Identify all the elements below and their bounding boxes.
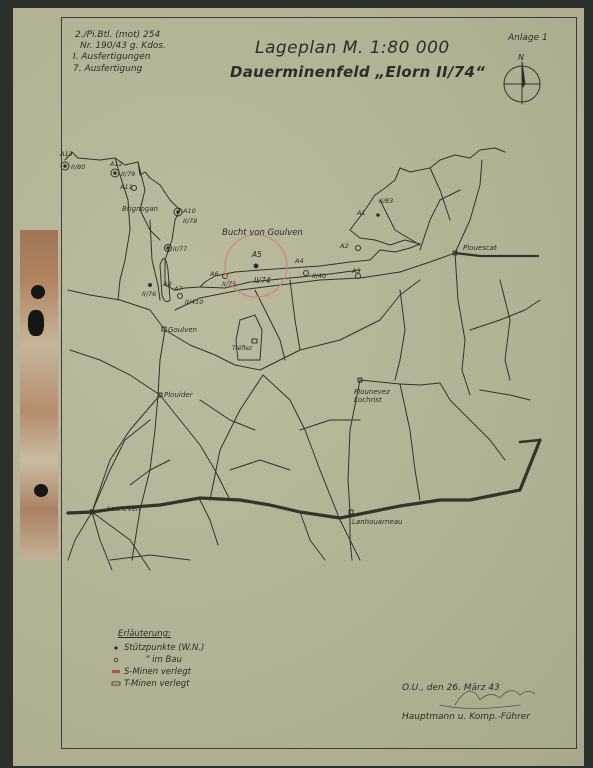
strongpoint-a13-id: A13 bbox=[60, 150, 73, 158]
place-plounevez-lochrist: Plounevez Lochrist bbox=[354, 388, 394, 404]
legend-item-s-mines: S-Minen verlegt bbox=[124, 666, 191, 678]
annex-label: Anlage 1 bbox=[508, 33, 548, 44]
legend-title: Erläuterung: bbox=[118, 628, 171, 640]
strongpoint-a2-id: A2 bbox=[340, 242, 349, 250]
header-unit: 2./Pi.Btl. (mot) 254 bbox=[75, 30, 160, 41]
map-title: Lageplan M. 1:80 000 bbox=[255, 38, 450, 58]
place-treflez: Tréflez bbox=[232, 345, 252, 352]
strongpoint-a11-id: A11 bbox=[120, 183, 133, 191]
place-brignogan: Brignogan bbox=[122, 205, 158, 213]
place-goulven: Goulven bbox=[168, 326, 197, 334]
place-plouescat: Plouescat bbox=[463, 244, 497, 252]
strongpoint-a10-label: II/78 bbox=[183, 217, 197, 225]
strongpoint-a8-label: II/76 bbox=[142, 290, 156, 298]
strongpoint-a10-id: A10 bbox=[183, 207, 196, 215]
strongpoint-a6-id: A6 bbox=[210, 270, 219, 278]
signature-role: Hauptmann u. Komp.-Führer bbox=[402, 712, 530, 722]
strongpoint-a12-id: A12 bbox=[110, 160, 123, 168]
strongpoint-a4-id: A4 bbox=[295, 257, 304, 265]
strongpoint-a1-label: II/83 bbox=[379, 197, 393, 205]
legend-item-strongpoints: Stützpunkte (W.N.) bbox=[124, 642, 204, 654]
strongpoint-a13-label: II/80 bbox=[71, 163, 85, 171]
strongpoint-a6-label: II/75 bbox=[222, 280, 236, 288]
strongpoint-a3-id: A3 bbox=[352, 267, 361, 275]
strongpoint-a7-id: A7 bbox=[174, 285, 183, 293]
place-date: O.U., den 26. März 43 bbox=[402, 683, 500, 693]
map-drawing bbox=[0, 0, 593, 768]
strongpoint-a9-label: II/77 bbox=[173, 245, 187, 253]
map-subtitle: Dauerminenfeld „Elorn II/74“ bbox=[230, 63, 485, 81]
compass-north-icon: N bbox=[518, 52, 524, 63]
strongpoint-a12-label: II/79 bbox=[121, 170, 135, 178]
place-lanhouarneau: Lanhouarneau bbox=[352, 518, 402, 526]
strongpoint-a5-id: A5 bbox=[252, 250, 262, 259]
legend-item-under-construction: ” im Bau bbox=[145, 654, 182, 666]
bay-label: Bucht von Goulven bbox=[222, 228, 303, 238]
legend-item-t-mines: T-Minen verlegt bbox=[124, 678, 190, 690]
header-copy-number: 7. Ausfertigung bbox=[73, 64, 142, 75]
strongpoint-a5-label: II/74 bbox=[254, 276, 271, 285]
header-reference: Nr. 190/43 g. Kdos. bbox=[80, 41, 166, 52]
strongpoint-a1-id: A1 bbox=[357, 209, 366, 217]
strongpoint-a8-id: A8 bbox=[163, 280, 172, 288]
strongpoint-a7-label: II/410 bbox=[185, 298, 203, 306]
place-plouider: Plouider bbox=[164, 391, 192, 399]
place-lesneven: Lesneven bbox=[107, 505, 140, 513]
header-copies-total: I. Ausfertigungen bbox=[73, 52, 150, 63]
strongpoint-a4-label: II/40 bbox=[312, 272, 326, 280]
